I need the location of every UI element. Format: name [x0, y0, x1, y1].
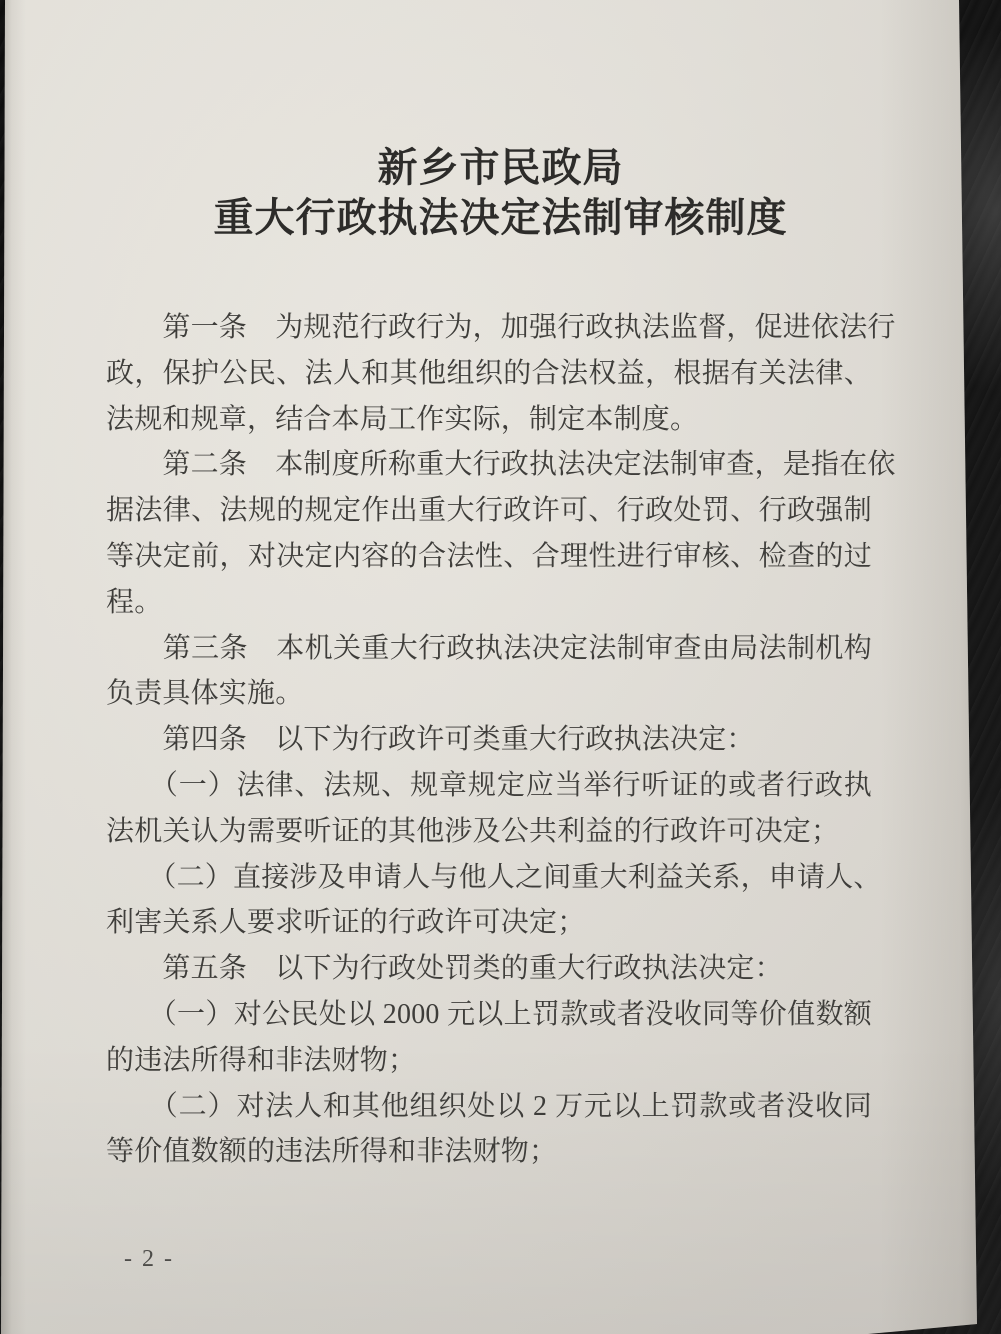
- body-line: （二）直接涉及申请人与他人之间重大利益关系，申请人、: [106, 855, 872, 901]
- page-number: - 2 -: [124, 1246, 174, 1273]
- body-text: 第一条 为规范行政行为，加强行政执法监督，促进依法行政，保护公民、法人和其他组织…: [106, 305, 872, 1175]
- body-line: 第一条 为规范行政行为，加强行政执法监督，促进依法行: [106, 305, 872, 351]
- body-line: 法机关认为需要听证的其他涉及公共利益的行政许可决定；: [106, 809, 872, 855]
- body-line: 程。: [106, 580, 872, 626]
- photo-background: 新乡市民政局 重大行政执法决定法制审核制度 第一条 为规范行政行为，加强行政执法…: [0, 0, 1001, 1334]
- body-line: 等决定前，对决定内容的合法性、合理性进行审核、检查的过: [106, 534, 872, 580]
- body-line: （一）法律、法规、规章规定应当举行听证的或者行政执: [106, 763, 872, 809]
- document-title-line2: 重大行政执法决定法制审核制度: [0, 193, 1001, 243]
- document-title-line1: 新乡市民政局: [0, 143, 1001, 193]
- body-line: 第三条 本机关重大行政执法决定法制审查由局法制机构: [106, 626, 872, 672]
- document-title: 新乡市民政局 重大行政执法决定法制审核制度: [0, 143, 1001, 243]
- body-line: 第二条 本制度所称重大行政执法决定法制审查，是指在依: [106, 442, 872, 488]
- body-line: 利害关系人要求听证的行政许可决定；: [106, 900, 872, 946]
- body-line: （一）对公民处以 2000 元以上罚款或者没收同等价值数额: [106, 992, 872, 1038]
- document-page: 新乡市民政局 重大行政执法决定法制审核制度 第一条 为规范行政行为，加强行政执法…: [0, 0, 1001, 1334]
- body-line: 法规和规章，结合本局工作实际，制定本制度。: [106, 397, 872, 443]
- body-line: 据法律、法规的规定作出重大行政许可、行政处罚、行政强制: [106, 488, 872, 534]
- body-line: 的违法所得和非法财物；: [106, 1038, 872, 1084]
- body-line: 等价值数额的违法所得和非法财物；: [106, 1129, 872, 1175]
- body-line: 负责具体实施。: [106, 671, 872, 717]
- body-line: （二）对法人和其他组织处以 2 万元以上罚款或者没收同: [106, 1084, 872, 1130]
- body-line: 第四条 以下为行政许可类重大行政执法决定：: [106, 717, 872, 763]
- body-line: 第五条 以下为行政处罚类的重大行政执法决定：: [106, 946, 872, 992]
- body-line: 政，保护公民、法人和其他组织的合法权益，根据有关法律、: [106, 351, 872, 397]
